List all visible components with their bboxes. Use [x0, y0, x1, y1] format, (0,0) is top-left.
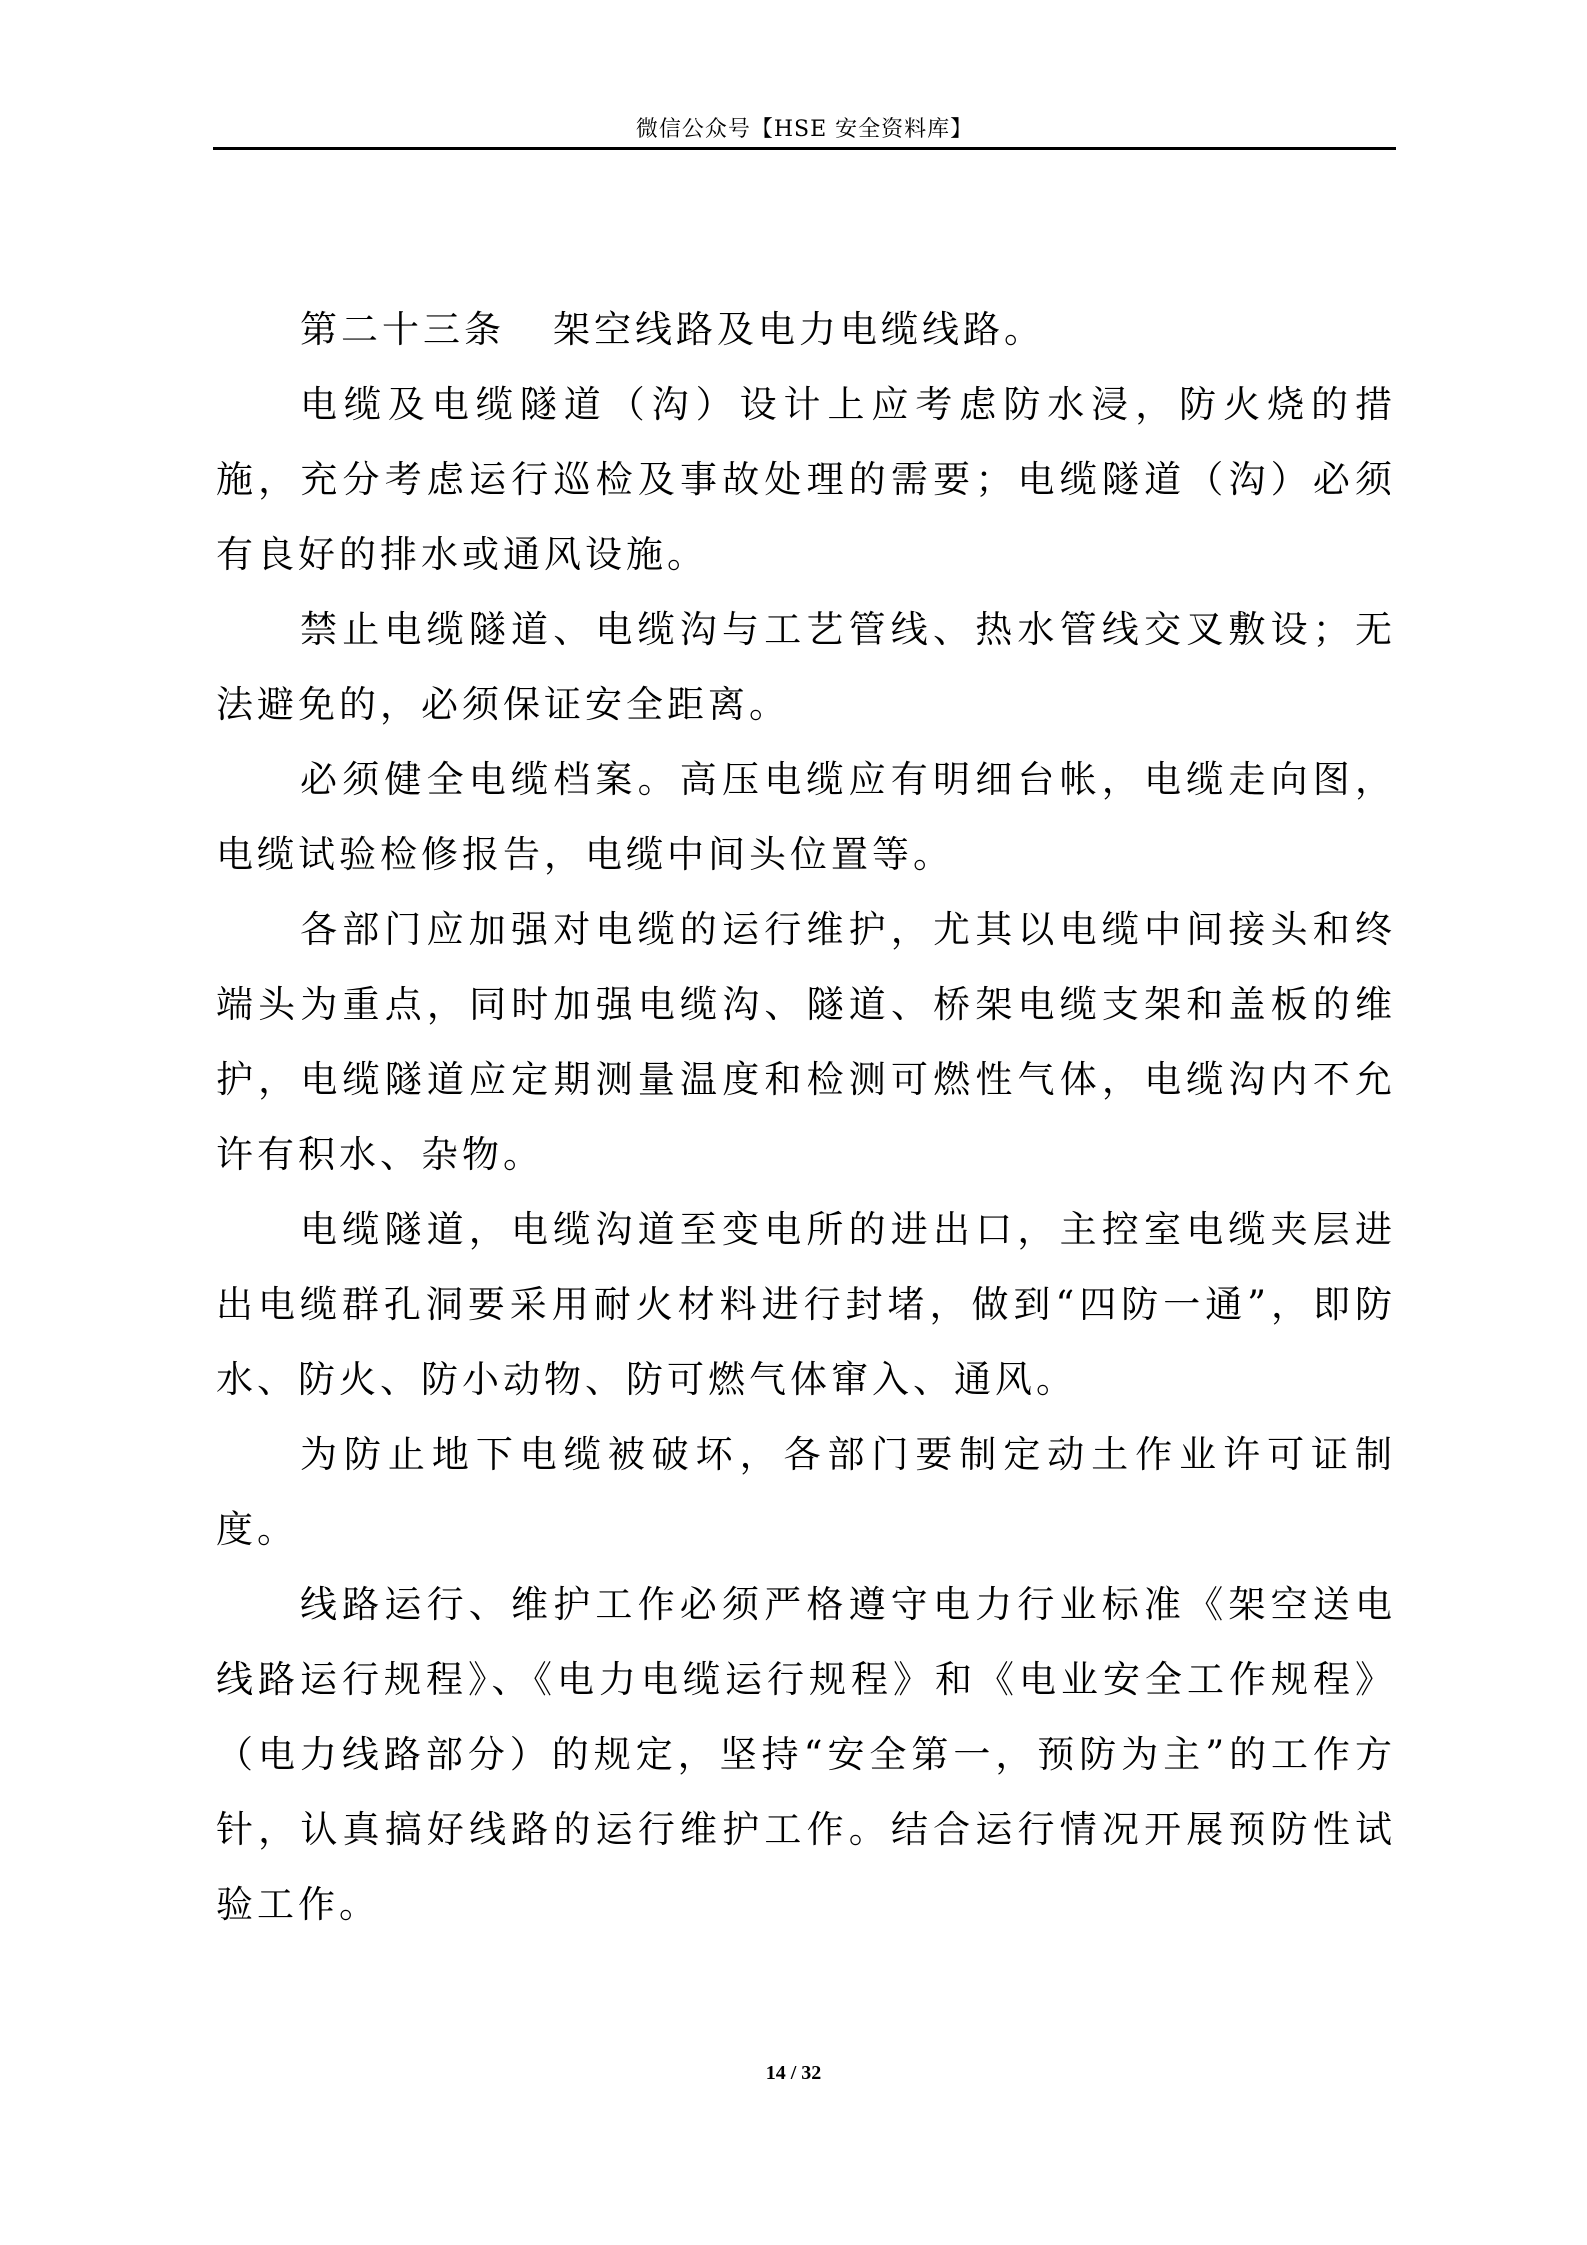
paragraph: 电缆及电缆隧道（沟）设计上应考虑防水浸，防火烧的措施，充分考虑运行巡检及事故处理… [216, 367, 1396, 592]
article-title: 架空线路及电力电缆线路。 [553, 308, 1045, 351]
paragraph: 必须健全电缆档案。高压电缆应有明细台帐，电缆走向图，电缆试验检修报告，电缆中间头… [216, 742, 1396, 892]
paragraph: 禁止电缆隧道、电缆沟与工艺管线、热水管线交叉敷设；无法避免的，必须保证安全距离。 [216, 592, 1396, 742]
page-header-title: 微信公众号【HSE 安全资料库】 [213, 112, 1396, 143]
document-body: 第二十三条架空线路及电力电缆线路。 电缆及电缆隧道（沟）设计上应考虑防水浸，防火… [216, 292, 1396, 1942]
paragraph: 线路运行、维护工作必须严格遵守电力行业标准《架空送电线路运行规程》、《电力电缆运… [216, 1567, 1396, 1942]
header-divider [213, 147, 1396, 150]
article-heading: 第二十三条架空线路及电力电缆线路。 [216, 292, 1396, 367]
paragraph: 为防止地下电缆被破坏，各部门要制定动土作业许可证制度。 [216, 1417, 1396, 1567]
paragraph: 各部门应加强对电缆的运行维护，尤其以电缆中间接头和终端头为重点，同时加强电缆沟、… [216, 892, 1396, 1192]
paragraph: 电缆隧道，电缆沟道至变电所的进出口，主控室电缆夹层进出电缆群孔洞要采用耐火材料进… [216, 1192, 1396, 1417]
article-number: 第二十三条 [300, 308, 505, 351]
page-number: 14 / 32 [0, 2062, 1587, 2085]
